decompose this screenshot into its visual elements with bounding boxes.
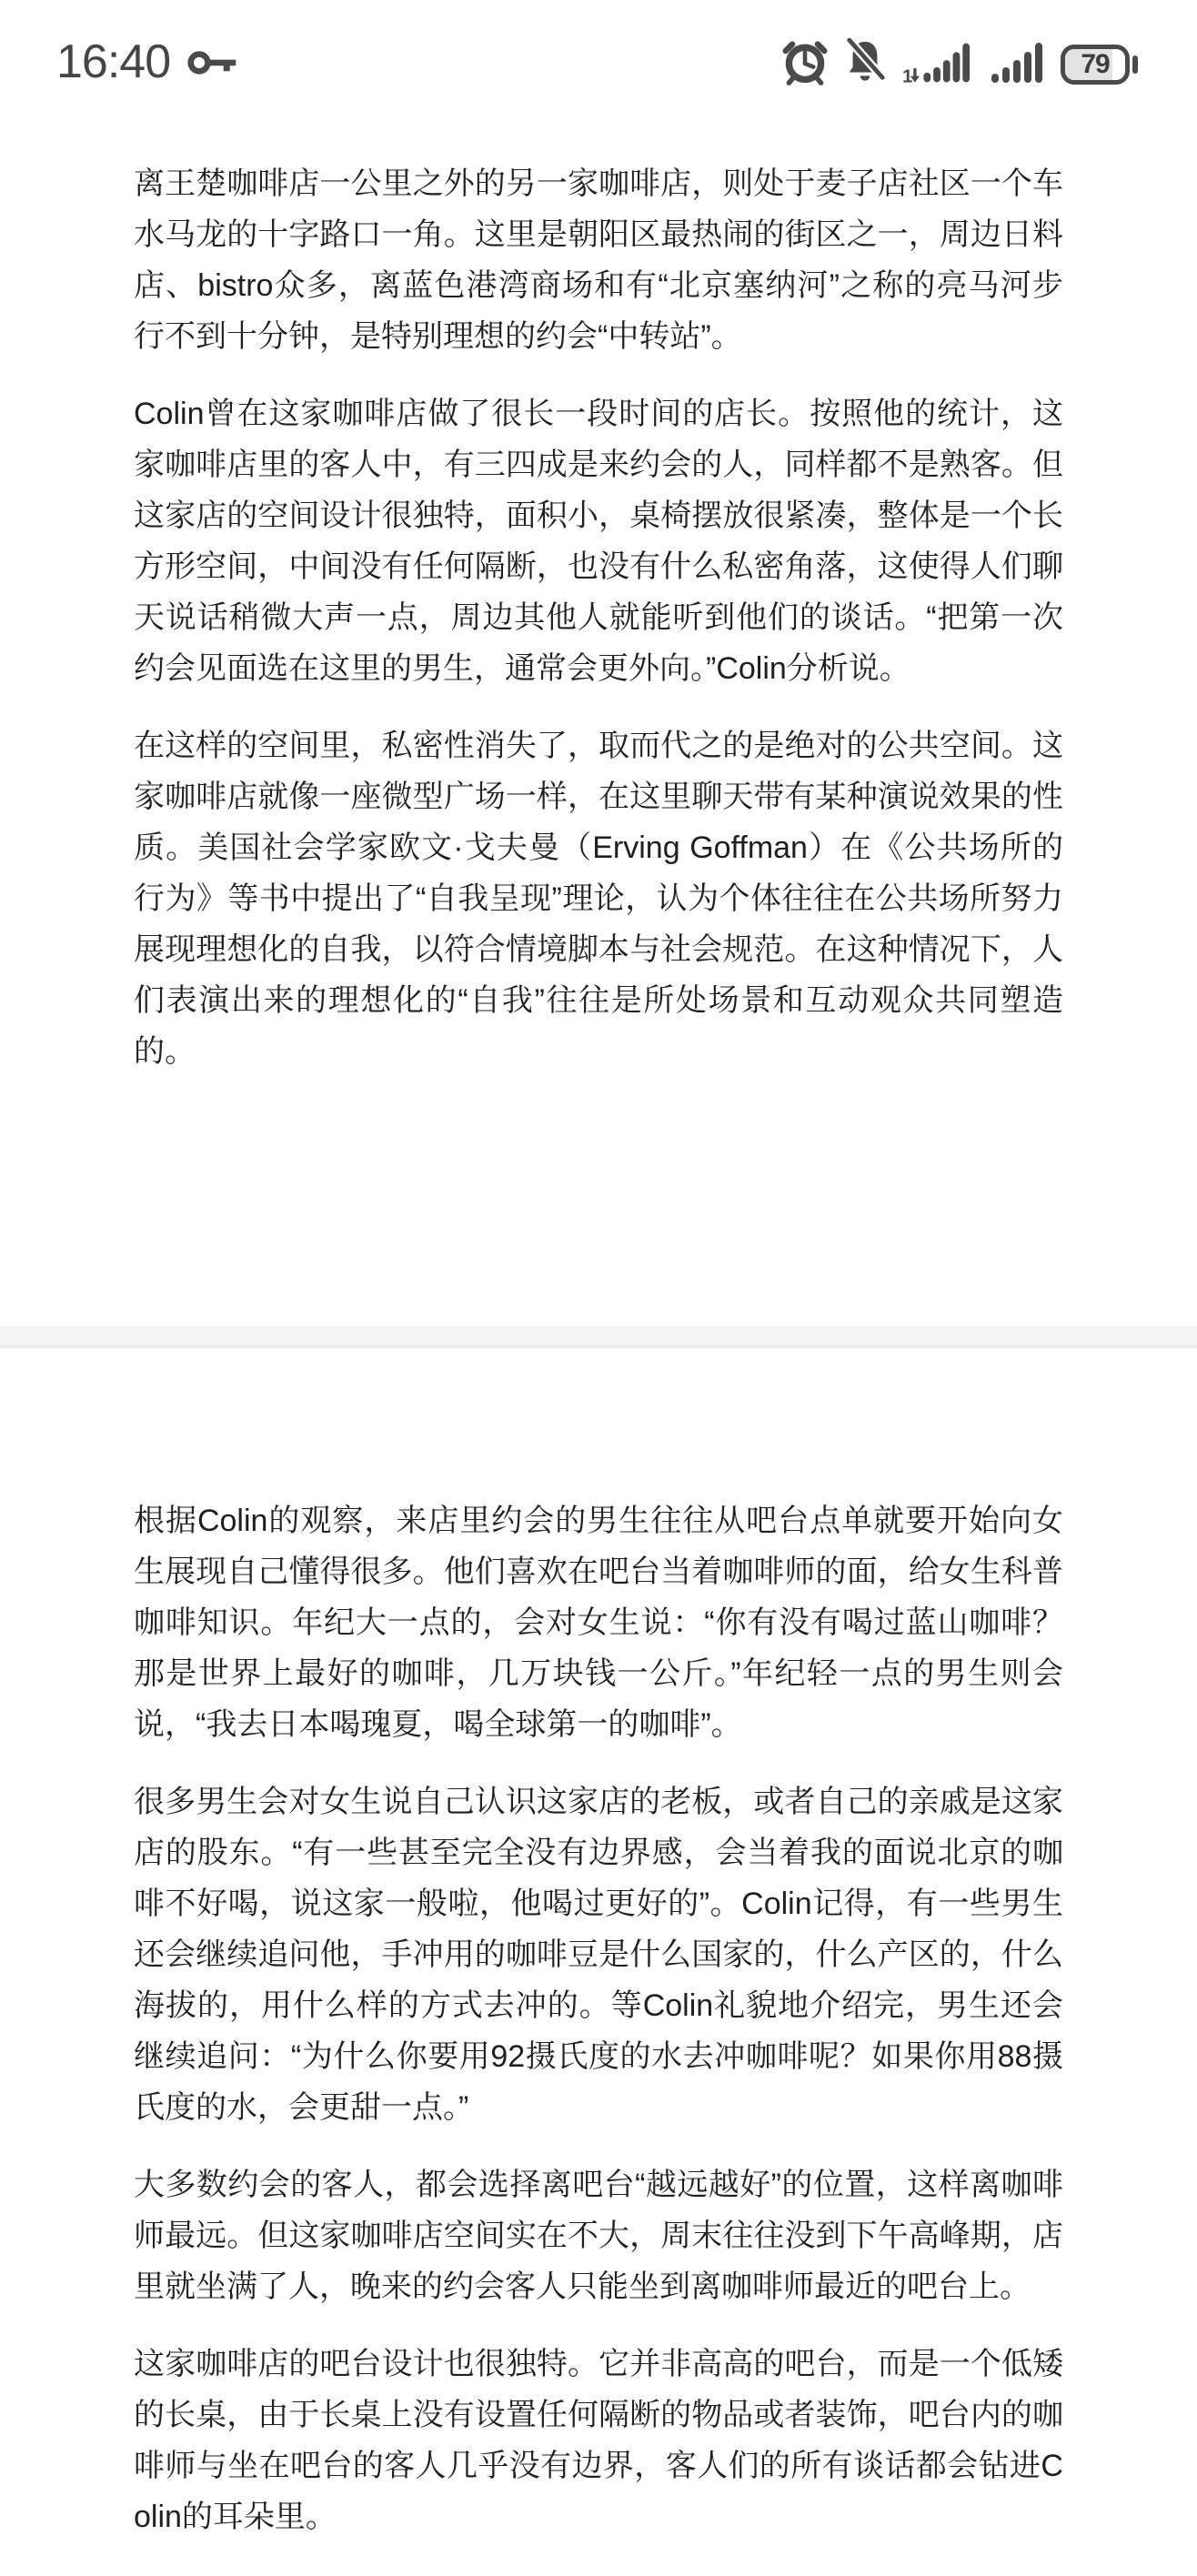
vpn-key-icon	[186, 45, 239, 79]
battery-icon: 79	[1061, 44, 1141, 86]
article-paragraph: 离王楚咖啡店一公里之外的另一家咖啡店，则处于麦子店社区一个车水马龙的十字路口一角…	[134, 158, 1063, 362]
status-bar-right: 1 79	[782, 38, 1141, 86]
alarm-clock-icon	[782, 38, 828, 86]
cell-signal-sim1-icon: 1	[902, 40, 973, 86]
article-paragraph: 在这样的空间里，私密性消失了，取而代之的是绝对的公共空间。这家咖啡店就像一座微型…	[134, 720, 1063, 1077]
notifications-muted-icon	[843, 38, 887, 86]
article-section-1: 离王楚咖啡店一公里之外的另一家咖啡店，则处于麦子店社区一个车水马龙的十字路口一角…	[134, 158, 1063, 1077]
article-section-2: 根据Colin的观察，来店里约会的男生往往从吧台点单就要开始向女生展现自己懂得很…	[134, 1495, 1063, 2542]
battery-cap	[1132, 55, 1138, 74]
battery-body: 79	[1061, 45, 1130, 85]
article-paragraph: 根据Colin的观察，来店里约会的男生往往从吧台点单就要开始向女生展现自己懂得很…	[134, 1495, 1063, 1750]
battery-percent: 79	[1065, 49, 1125, 80]
status-bar-left: 16:40	[56, 35, 239, 89]
status-time: 16:40	[56, 35, 170, 89]
article-paragraph: 很多男生会对女生说自己认识这家店的老板，或者自己的亲戚是这家店的股东。“有一些甚…	[134, 1776, 1063, 2133]
article-paragraph: 大多数约会的客人，都会选择离吧台“越远越好”的位置，这样离咖啡师最远。但这家咖啡…	[134, 2159, 1063, 2312]
status-bar: 16:40 1	[0, 25, 1197, 98]
article-paragraph: 这家咖啡店的吧台设计也很独特。它并非高高的吧台，而是一个低矮的长桌，由于长桌上没…	[134, 2339, 1063, 2542]
section-divider	[0, 1326, 1197, 1348]
sim-slot-label: 1	[902, 65, 912, 86]
article-paragraph: Colin曾在这家咖啡店做了很长一段时间的店长。按照他的统计，这家咖啡店里的客人…	[134, 388, 1063, 694]
cell-signal-sim2-icon	[989, 40, 1045, 86]
phone-screen: 16:40 1	[0, 0, 1197, 2576]
